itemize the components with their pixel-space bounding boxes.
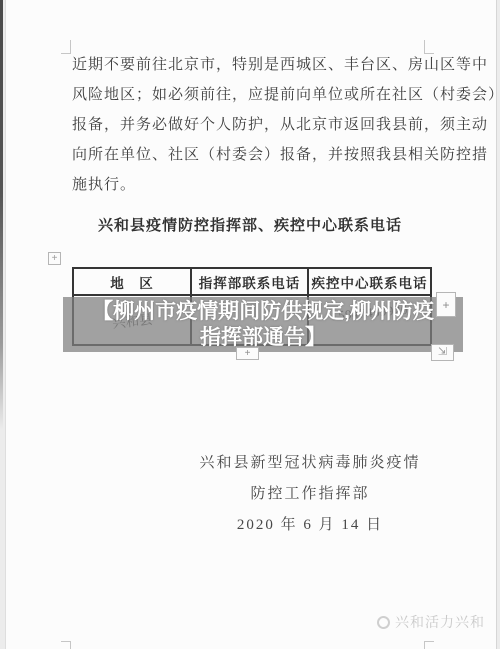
paragraph-line: 近期不要前往北京市，特别是西城区、丰台区、房山区等中 bbox=[72, 50, 438, 80]
body-paragraph: 近期不要前往北京市，特别是西城区、丰台区、房山区等中 风险地区；如必须前往，应提… bbox=[72, 50, 438, 200]
signature-org-line1: 兴和县新型冠状病毒肺炎疫情 bbox=[140, 448, 480, 479]
signature-date: 2020 年 6 月 14 日 bbox=[140, 510, 480, 541]
seo-overlay-banner: 【柳州市疫情期间防供规定,柳州防疫 指挥部通告】 bbox=[63, 297, 463, 352]
table-add-column-button[interactable]: + bbox=[436, 292, 456, 317]
paragraph-line: 报备，并务必做好个人防护，从北京市返回我县前，须主动 bbox=[72, 110, 438, 140]
watermark: 兴和活力兴和 bbox=[377, 612, 485, 632]
table-add-row-button[interactable]: + bbox=[236, 347, 259, 360]
banner-text-line1: 【柳州市疫情期间防供规定,柳州防疫 bbox=[92, 299, 434, 325]
margin-crop-mark-bottom-right bbox=[424, 641, 434, 649]
window-left-edge bbox=[0, 0, 3, 430]
document-viewport: 近期不要前往北京市，特别是西城区、丰台区、房山区等中 风险地区；如必须前往，应提… bbox=[0, 0, 500, 649]
table-resize-handle-icon[interactable]: ⇲ bbox=[431, 344, 454, 361]
watermark-text: 兴和活力兴和 bbox=[395, 612, 485, 632]
header-cell-hq-phone: 指挥部联系电话 bbox=[192, 269, 309, 294]
header-cell-region: 地 区 bbox=[74, 269, 192, 294]
paragraph-line: 向所在单位、社区（村委会）报备，并按照我县相关防控措 bbox=[72, 140, 438, 170]
paragraph-line: 风险地区；如必须前往，应提前向单位或所在社区（村委会） bbox=[72, 80, 438, 110]
signature-org-line2: 防控工作指挥部 bbox=[140, 479, 480, 510]
table-header-row: 地 区 指挥部联系电话 疾控中心联系电话 bbox=[74, 269, 430, 296]
margin-crop-mark-bottom-left bbox=[61, 641, 71, 649]
banner-text-line2: 指挥部通告】 bbox=[200, 325, 326, 351]
contact-table-title: 兴和县疫情防控指挥部、疾控中心联系电话 bbox=[60, 214, 440, 235]
paragraph-line: 施执行。 bbox=[72, 170, 438, 200]
margin-crop-mark-top-left bbox=[61, 40, 71, 54]
header-cell-cdc-phone: 疾控中心联系电话 bbox=[309, 269, 430, 294]
signature-block: 兴和县新型冠状病毒肺炎疫情 防控工作指挥部 2020 年 6 月 14 日 bbox=[140, 448, 480, 541]
table-move-handle-icon[interactable]: + bbox=[48, 252, 61, 265]
watermark-logo-icon bbox=[377, 616, 390, 629]
